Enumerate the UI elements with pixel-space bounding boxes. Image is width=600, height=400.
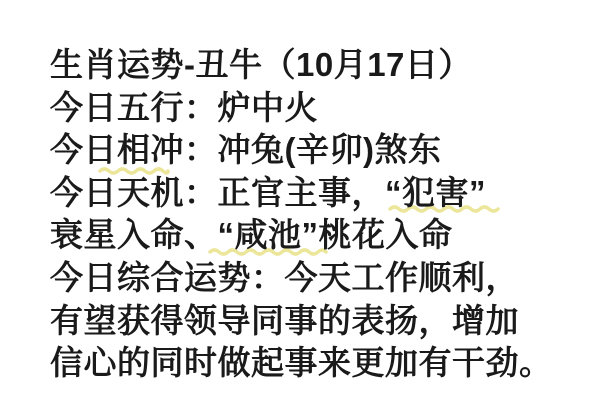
fortune-title: 生肖运势-丑牛（10月17日） <box>50 44 560 87</box>
fortune-line-wuxing: 今日五行：炉中火 <box>50 87 560 130</box>
fortune-line-tianji-2: 衰星入命、“咸池”桃花入命 <box>50 214 560 257</box>
fortune-line-overall-1: 今日综合运势：今天工作顺利， <box>50 257 560 300</box>
fortune-card: 生肖运势-丑牛（10月17日） 今日五行：炉中火 今日相冲：冲兔(辛卯)煞东 今… <box>0 0 600 400</box>
fortune-line-tianji-1: 今日天机：正官主事，“犯害” <box>50 172 560 215</box>
fortune-line-overall-2: 有望获得领导同事的表扬，增加 <box>50 300 560 343</box>
fortune-text-block: 生肖运势-丑牛（10月17日） 今日五行：炉中火 今日相冲：冲兔(辛卯)煞东 今… <box>50 44 560 385</box>
fortune-line-xiangchong: 今日相冲：冲兔(辛卯)煞东 <box>50 129 560 172</box>
fortune-line-overall-3: 信心的同时做起事来更加有干劲。 <box>50 342 560 385</box>
